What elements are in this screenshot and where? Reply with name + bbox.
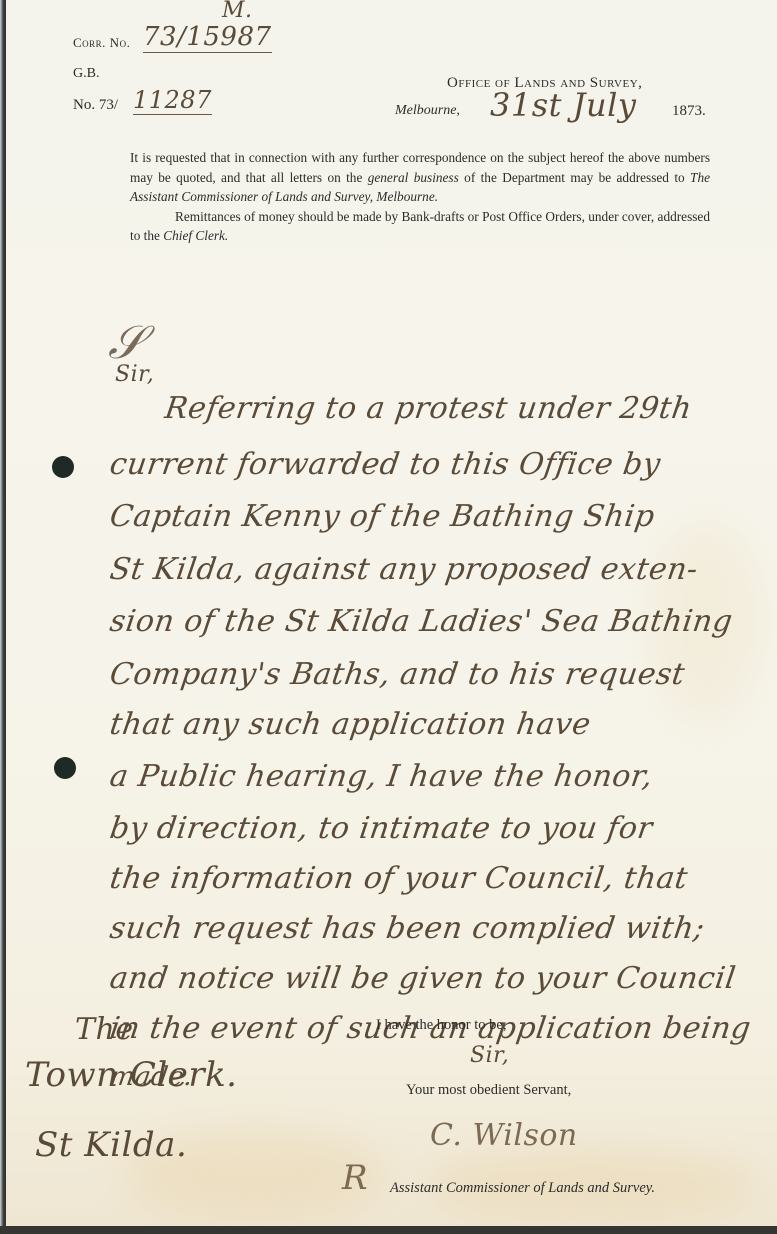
letter-line: a Public hearing, I have the honor, [108, 760, 655, 794]
addressee-place: St Kilda. [35, 1125, 187, 1165]
notice-paragraph-2: Remittances of money should be made by B… [130, 207, 710, 246]
letter-line: St Kilda, against any proposed exten- [108, 553, 700, 587]
corr-label: Corr. No. [73, 35, 130, 51]
gb-label: G.B. [73, 66, 99, 82]
addressee-title: Town Clerk. [25, 1055, 238, 1095]
punch-hole-icon [52, 456, 74, 478]
notice-block: It is requested that in connection with … [130, 148, 710, 246]
addressee-the: The [75, 1012, 134, 1047]
letter-line: such request has been complied with; [108, 912, 707, 946]
letter-line: Referring to a protest under 29th [163, 392, 694, 426]
signature: C. Wilson [430, 1118, 578, 1153]
year: 1873. [672, 103, 706, 120]
letter-line: current forwarded to this Office by [108, 448, 663, 482]
closing-servant: Your most obedient Servant, [406, 1082, 571, 1099]
notice-paragraph-1: It is requested that in connection with … [130, 148, 710, 207]
letter-line: sion of the St Kilda Ladies' Sea Bathing [108, 605, 735, 639]
letter-line: Company's Baths, and to his request [108, 658, 687, 692]
punch-hole-icon [54, 757, 76, 779]
closing-sir: Sir, [470, 1043, 509, 1068]
signatory-title: Assistant Commissioner of Lands and Surv… [390, 1180, 655, 1197]
closing-honor: I have the honor to be, [376, 1017, 506, 1034]
corr-number: 73/15987 [143, 22, 272, 53]
letter-line: that any such application have [108, 708, 593, 742]
salutation: Sir, [115, 362, 154, 387]
number-label: No. 73/ [73, 97, 118, 114]
date-handwritten: 31st July [490, 86, 636, 124]
initial-mark: R [342, 1158, 368, 1198]
page-bottom-edge [0, 1226, 777, 1234]
letter-line: and notice will be given to your Council [108, 962, 738, 996]
number-value: 11287 [133, 86, 212, 115]
corr-mark: M. [222, 0, 253, 23]
letter-line: by direction, to intimate to you for [108, 812, 655, 846]
letter-line: Captain Kenny of the Bathing Ship [108, 500, 657, 534]
letter-line: the information of your Council, that [108, 862, 690, 896]
place: Melbourne, [395, 103, 460, 119]
